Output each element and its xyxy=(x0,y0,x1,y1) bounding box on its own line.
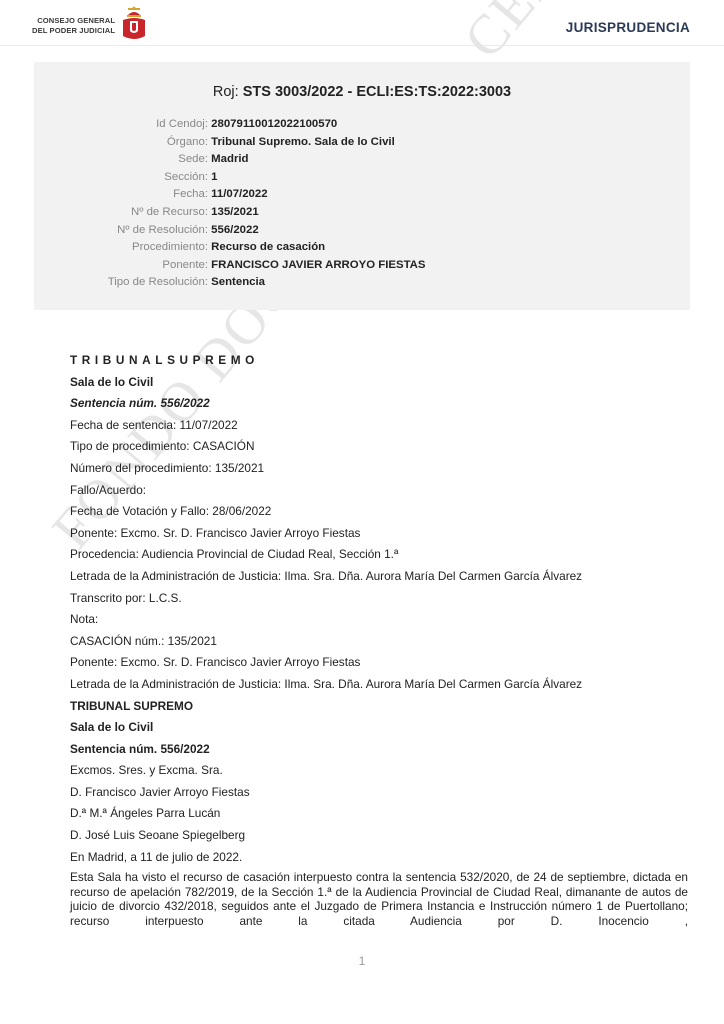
roj-value: STS 3003/2022 - ECLI:ES:TS:2022:3003 xyxy=(243,84,511,100)
royal-crest-icon xyxy=(121,6,147,42)
summary-field: Nº de Resolución: 556/2022 xyxy=(34,222,690,240)
page-number: 1 xyxy=(0,954,724,968)
page-header: CONSEJO GENERAL DEL PODER JUDICIAL JURIS… xyxy=(0,0,724,46)
summary-field-label: Procedimiento: xyxy=(34,239,208,257)
summary-field-label: Nº de Recurso: xyxy=(34,204,208,222)
document-line: Sala de lo Civil xyxy=(70,717,688,739)
roj-label: Roj: xyxy=(213,84,239,100)
document-line: Ponente: Excmo. Sr. D. Francisco Javier … xyxy=(70,652,688,674)
summary-field-value: 28079110012022100570 xyxy=(211,118,337,130)
summary-field-label: Id Cendoj: xyxy=(34,116,208,134)
org-name: CONSEJO GENERAL DEL PODER JUDICIAL xyxy=(32,16,115,36)
summary-field: Sección: 1 xyxy=(34,169,690,187)
document-line: TRIBUNAL SUPREMO xyxy=(70,696,688,718)
document-line: Excmos. Sres. y Excma. Sra. xyxy=(70,760,688,782)
summary-field: Id Cendoj: 28079110012022100570 xyxy=(34,116,690,134)
document-line: Ponente: Excmo. Sr. D. Francisco Javier … xyxy=(70,523,688,545)
document-line: Número del procedimiento: 135/2021 xyxy=(70,458,688,480)
summary-field: Tipo de Resolución: Sentencia xyxy=(34,274,690,292)
summary-field-label: Sede: xyxy=(34,151,208,169)
summary-field: Nº de Recurso: 135/2021 xyxy=(34,204,690,222)
summary-field: Fecha: 11/07/2022 xyxy=(34,186,690,204)
document-body: TRIBUNALSUPREMOSala de lo CivilSentencia… xyxy=(70,350,688,929)
document-line: Letrada de la Administración de Justicia… xyxy=(70,566,688,588)
document-line: Sentencia núm. 556/2022 xyxy=(70,393,688,415)
document-line: Tipo de procedimiento: CASACIÓN xyxy=(70,436,688,458)
summary-field-value: Sentencia xyxy=(211,276,265,288)
document-line: Letrada de la Administración de Justicia… xyxy=(70,674,688,696)
summary-field-label: Sección: xyxy=(34,169,208,187)
document-line: Sentencia núm. 556/2022 xyxy=(70,739,688,761)
summary-field-value: FRANCISCO JAVIER ARROYO FIESTAS xyxy=(211,259,425,271)
section-title: JURISPRUDENCIA xyxy=(566,20,690,35)
document-line: CASACIÓN núm.: 135/2021 xyxy=(70,631,688,653)
document-line: TRIBUNALSUPREMO xyxy=(70,350,688,372)
summary-field-value: Recurso de casación xyxy=(211,241,325,253)
document-line: Sala de lo Civil xyxy=(70,372,688,394)
document-line: Fallo/Acuerdo: xyxy=(70,480,688,502)
document-line: En Madrid, a 11 de julio de 2022. xyxy=(70,847,688,869)
document-line: Fecha de sentencia: 11/07/2022 xyxy=(70,415,688,437)
summary-field-label: Órgano: xyxy=(34,134,208,152)
document-line: D.ª M.ª Ángeles Parra Lucán xyxy=(70,803,688,825)
document-line: Procedencia: Audiencia Provincial de Ciu… xyxy=(70,544,688,566)
summary-field-value: Tribunal Supremo. Sala de lo Civil xyxy=(211,136,395,148)
document-line: Nota: xyxy=(70,609,688,631)
summary-field: Procedimiento: Recurso de casación xyxy=(34,239,690,257)
summary-field-label: Fecha: xyxy=(34,186,208,204)
document-line: D. Francisco Javier Arroyo Fiestas xyxy=(70,782,688,804)
document-paragraph: Esta Sala ha visto el recurso de casació… xyxy=(70,870,688,928)
summary-field-label: Nº de Resolución: xyxy=(34,222,208,240)
summary-field-label: Ponente: xyxy=(34,257,208,275)
summary-field: Órgano: Tribunal Supremo. Sala de lo Civ… xyxy=(34,134,690,152)
summary-field: Ponente: FRANCISCO JAVIER ARROYO FIESTAS xyxy=(34,257,690,275)
document-line: Fecha de Votación y Fallo: 28/06/2022 xyxy=(70,501,688,523)
document-summary: Roj: STS 3003/2022 - ECLI:ES:TS:2022:300… xyxy=(34,62,690,310)
summary-field-value: 1 xyxy=(211,171,217,183)
summary-field-value: 135/2021 xyxy=(211,206,259,218)
summary-field-label: Tipo de Resolución: xyxy=(34,274,208,292)
summary-field: Sede: Madrid xyxy=(34,151,690,169)
document-line: D. José Luis Seoane Spiegelberg xyxy=(70,825,688,847)
summary-field-value: 11/07/2022 xyxy=(211,188,267,200)
document-line: Transcrito por: L.C.S. xyxy=(70,588,688,610)
document-header-lines: TRIBUNALSUPREMOSala de lo CivilSentencia… xyxy=(70,350,688,868)
summary-fields: Id Cendoj: 28079110012022100570Órgano: T… xyxy=(34,116,690,292)
summary-field-value: Madrid xyxy=(211,153,248,165)
roj-heading: Roj: STS 3003/2022 - ECLI:ES:TS:2022:300… xyxy=(34,84,690,100)
summary-field-value: 556/2022 xyxy=(211,224,259,236)
org-name-line1: CONSEJO GENERAL xyxy=(32,16,115,26)
org-name-line2: DEL PODER JUDICIAL xyxy=(32,26,115,36)
